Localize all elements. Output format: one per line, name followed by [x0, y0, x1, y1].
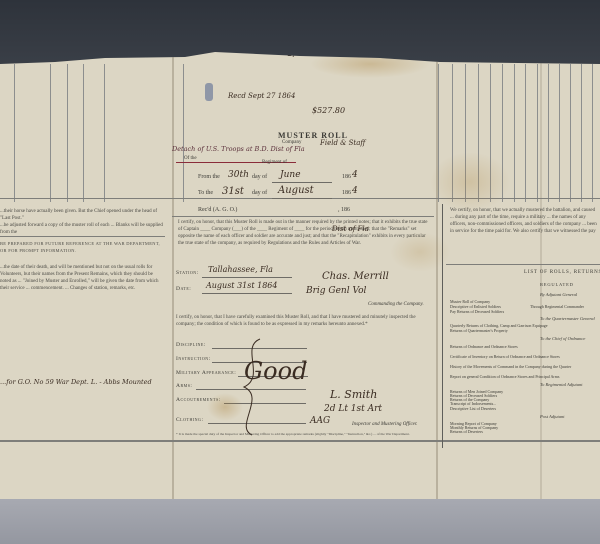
right-certification-text: We certify, on honor, that we actually m… — [450, 207, 600, 235]
section-heading: To the Chief of Ordnance — [540, 336, 585, 341]
certification-inspector-text: I certify, on honor, that I have careful… — [176, 314, 430, 328]
to-label: To the — [198, 190, 213, 196]
station-label: Station: — [176, 270, 199, 276]
received-note: Recd Sept 27 1864 — [228, 92, 295, 100]
military-appearance-label: Military Appearance: — [176, 370, 236, 376]
section-heading: Post Adjutant — [540, 414, 565, 419]
from-year-prefix: 186 — [342, 174, 351, 180]
section-heading: To the Quartermaster General — [540, 316, 595, 321]
regiment-handwritten: Dist of Fla — [332, 225, 369, 233]
company-value: Field & Staff — [320, 139, 365, 147]
of-the-label: Of the — [184, 156, 197, 161]
recd-year-prefix: , 186 — [338, 207, 350, 213]
inspector-signature: L. Smith — [330, 388, 377, 401]
section-heading: By Adjutant General — [540, 292, 577, 297]
inspector-extra: AAG — [310, 416, 330, 426]
unit-handwritten: Detach of U.S. Troops at B.D. Dist of Fl… — [172, 145, 305, 153]
list-item: Through Regimental Commander — [530, 304, 584, 309]
list-item: Report on general Condition of Ordnance … — [450, 374, 559, 379]
commanding-label: Commanding the Company. — [368, 302, 424, 307]
list-item: Returns of the Company — [450, 397, 489, 402]
list-of-rolls-title: LIST OF ROLLS, RETURNS, &c. — [524, 270, 600, 275]
commander-signature: Chas. Merrill — [322, 271, 389, 282]
fold-line — [436, 52, 438, 499]
accoutrements-label: Accoutrements: — [176, 397, 221, 403]
list-item: Descriptive List of Deserters — [450, 406, 496, 411]
day-of-label: day of — [252, 174, 267, 180]
day-of-label: day of — [252, 190, 267, 196]
amount-note: $527.80 — [312, 106, 345, 115]
company-label: Company — [282, 140, 301, 145]
to-month: August — [278, 185, 314, 196]
from-day: 30th — [228, 170, 249, 180]
left-handwritten-note: ...for G.O. No 59 War Dept. L. - Abbs Mo… — [0, 378, 152, 386]
list-item: Monthly Returns of Company — [450, 425, 498, 430]
list-item: Returns of Men Joined Company — [450, 389, 503, 394]
list-item: Returns of Ordnance and Ordnance Stores — [450, 344, 518, 349]
list-item: Returns of Deceased Soldiers — [450, 393, 497, 398]
instruction-label: Instruction: — [176, 356, 211, 362]
ruled-columns-left — [0, 64, 172, 202]
certification-commander-text: I certify, on honor, that this Muster Ro… — [178, 219, 430, 247]
list-item: Quarterly Returns of Clothing, Camp and … — [450, 323, 548, 328]
list-item: Returns of Quartermaster's Property — [450, 328, 508, 333]
to-year: 4 — [352, 186, 358, 196]
center-panel: 1/55 Recd Sept 27 1864 $527.80 MUSTER RO… — [172, 52, 434, 499]
date-label: Date: — [176, 286, 191, 292]
inspector-footnote: * It is made the special duty of the Ins… — [176, 432, 430, 436]
arms-label: Arms: — [176, 383, 192, 389]
left-note-2: ...be adjusted forward a copy of the mus… — [0, 222, 165, 236]
wax-seal-mark — [205, 83, 213, 101]
recd-label: Rec'd (A. G. O.) — [198, 207, 237, 213]
list-item: Pay Returns of Deceased Soldiers — [450, 309, 504, 314]
section-divider — [0, 198, 600, 199]
left-notes-text: ...the date of their death, and will be … — [0, 264, 165, 292]
list-item: Returns of Deserters — [450, 429, 483, 434]
commander-title: Brig Genl Vol — [306, 286, 366, 296]
station-value: Tallahassee, Fla — [208, 265, 273, 274]
discipline-label: Discipline: — [176, 342, 206, 348]
list-item: Transcript of Indorsements... — [450, 401, 496, 406]
to-day: 31st — [222, 186, 244, 197]
list-item: Certificate of Inventory on Return of Or… — [450, 354, 560, 359]
from-label: From the — [198, 174, 220, 180]
regulated-label: REGULATED — [540, 282, 574, 287]
regiment-label: Regiment of — [262, 160, 287, 165]
list-item: History of the Movements of Command in t… — [450, 364, 571, 369]
to-year-prefix: 186 — [342, 190, 351, 196]
list-item: Morning Report of Company — [450, 421, 497, 426]
left-note-1: ...their horse have actually been given.… — [0, 208, 165, 222]
ruled-columns-right — [438, 64, 600, 202]
bottom-divider — [0, 440, 600, 442]
inspector-rank: 2d Lt 1st Art — [324, 404, 382, 414]
section-heading: To Regimental Adjutant — [540, 382, 583, 387]
from-month: June — [280, 170, 301, 180]
from-year: 4 — [352, 170, 358, 180]
table-surface — [0, 498, 600, 544]
list-item: Muster Roll of Company — [450, 299, 490, 304]
handwritten-bracket — [230, 337, 270, 437]
left-heading: BE PREPARED FOR FUTURE REFERENCE AT THE … — [0, 240, 160, 254]
inspection-remark-good: Good — [244, 357, 307, 385]
inspector-label: Inspector and Mustering Officer. — [352, 422, 418, 427]
fold-line — [540, 52, 542, 499]
document-title: MUSTER ROLL — [278, 131, 348, 140]
fold-line — [172, 52, 174, 499]
list-item: Descriptive of Enlisted Soldiers — [450, 304, 501, 309]
date-value: August 31st 1864 — [206, 281, 277, 290]
clothing-label: Clothing: — [176, 417, 203, 423]
muster-roll-document: 1/55 Recd Sept 27 1864 $527.80 MUSTER RO… — [0, 52, 600, 499]
